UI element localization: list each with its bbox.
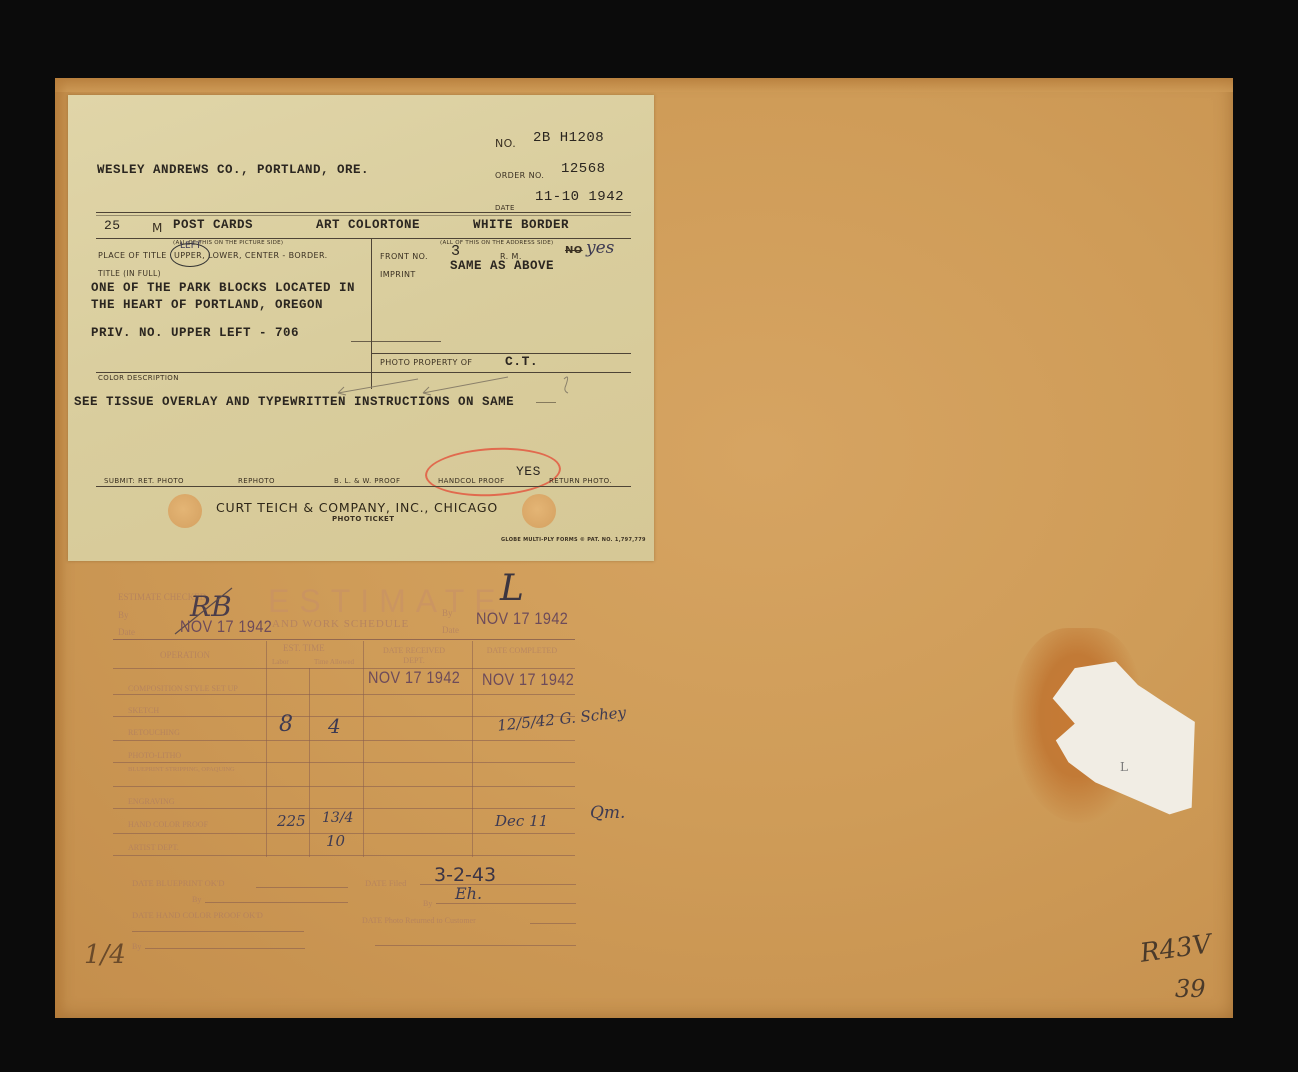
hand-color-initials: Qm. [590, 803, 625, 823]
date-filed-by: Eh. [455, 884, 482, 903]
row-operation: SKETCH [128, 706, 159, 715]
row-operation: RETOUCHING [128, 728, 180, 737]
quantity-unit: M [152, 221, 163, 235]
row-completed: Dec 11 [495, 812, 548, 830]
row-operation: HAND COLOR PROOF [128, 820, 208, 829]
date-blueprint-label: DATE BLUEPRINT OK'D [132, 878, 225, 888]
place-of-title-label: PLACE OF TITLE [98, 251, 167, 260]
form-name: PHOTO TICKET [332, 515, 394, 523]
date-filed-value: 3-2-43 [434, 864, 496, 886]
catalog-mark-line-2: 39 [1175, 975, 1206, 1003]
order-no-label: ORDER NO. [495, 171, 544, 180]
color-description-label: COLOR DESCRIPTION [98, 374, 179, 382]
by-label: By [423, 899, 432, 908]
submit-option: HANDCOL PROOF [438, 477, 505, 485]
submit-label: SUBMIT: [104, 477, 135, 485]
submit-option: RET. PHOTO [138, 477, 184, 485]
date-photo-returned-label: DATE Photo Returned to Customer [362, 916, 476, 925]
submit-option: B. L. & W. PROOF [334, 477, 400, 485]
row-completed: NOV 17 1942 [482, 670, 574, 690]
rm-handwritten-yes: yes [586, 238, 614, 258]
estimate-title: ESTIMATE [268, 583, 506, 620]
envelope-edge [55, 78, 67, 1018]
right-initials: L [500, 568, 524, 609]
by-label: By [132, 942, 141, 951]
punch-hole [522, 494, 556, 528]
no-label: NO. [495, 137, 516, 150]
row-est-time: 10 [326, 832, 345, 850]
row-est-time: 13/4 [322, 810, 353, 826]
submit-option: REPHOTO [238, 477, 275, 485]
row-operation: ARTIST DEPT. [128, 843, 179, 852]
by-label: By [192, 895, 201, 904]
handcol-proof-value: YES [516, 464, 541, 479]
tear-mark: L [1120, 760, 1128, 774]
punch-hole [168, 494, 202, 528]
submit-option: RETURN PHOTO. [549, 477, 612, 485]
photo-ticket: NO. 2B H1208 WESLEY ANDREWS CO., PORTLAN… [68, 95, 654, 561]
quantity: 25 [104, 218, 121, 233]
imprint-value: SAME AS ABOVE [450, 259, 554, 273]
product: POST CARDS [173, 218, 253, 232]
color-description-value: SEE TISSUE OVERLAY AND TYPEWRITTEN INSTR… [74, 395, 514, 409]
estimate-subtitle: AND WORK SCHEDULE [272, 618, 409, 630]
date-label: DATE [495, 204, 515, 212]
order-date: 11-10 1942 [535, 189, 624, 205]
right-date-stamp: NOV 17 1942 [476, 609, 568, 629]
photo-property-value: C.T. [505, 354, 538, 369]
row-operation: COMPOSITION STYLE SET UP [128, 684, 238, 693]
row-est-labor: 225 [277, 812, 306, 830]
row-operation: ENGRAVING [128, 797, 175, 806]
title-label: TITLE (IN FULL) [98, 269, 161, 278]
handwritten-left: LEFT [180, 241, 201, 251]
row-operation: PHOTO-LITHO [128, 751, 181, 760]
column-header: DATE COMPLETED [480, 646, 564, 656]
column-header: DATE RECEIVED DEPT. [372, 646, 456, 666]
date-hand-color-label: DATE HAND COLOR PROOF OK'D [132, 910, 263, 920]
front-number: 3 [451, 243, 461, 260]
envelope-edge [55, 78, 1233, 92]
rm-struck-no: NO [565, 245, 583, 256]
imprint-label: IMPRINT [380, 270, 416, 279]
column-header: EST. TIME [283, 643, 325, 653]
date-label: Date [118, 627, 135, 637]
row-est-time: 4 [328, 714, 341, 738]
customer-name: WESLEY ANDREWS CO., PORTLAND, ORE. [97, 163, 369, 177]
row-received: NOV 17 1942 [368, 668, 460, 688]
private-number: PRIV. NO. UPPER LEFT - 706 [91, 326, 299, 340]
row-operation: BLUEPRINT STRIPPING, OPAQUING [128, 766, 258, 774]
order-number: 12568 [561, 161, 606, 177]
left-date-stamp: NOV 17 1942 [180, 617, 272, 637]
company-name: CURT TEICH & COMPANY, INC., CHICAGO [216, 500, 498, 515]
by-label: By [442, 608, 453, 618]
column-subheader: Labor [272, 658, 289, 666]
date-filed-label: DATE Filed [365, 878, 406, 888]
column-header: OPERATION [160, 650, 210, 660]
ticket-number: 2B H1208 [533, 130, 604, 146]
process: ART COLORTONE [316, 218, 420, 232]
border-type: WHITE BORDER [473, 218, 569, 232]
left-margin-note: 1/4 [84, 940, 126, 970]
front-no-label: FRONT NO. [380, 252, 428, 261]
date-label: Date [442, 625, 459, 635]
row-est-labor: 8 [279, 712, 293, 737]
red-circle-annotation [424, 444, 562, 499]
column-subheader: Time Allowed [314, 658, 354, 666]
photo-property-label: PHOTO PROPERTY OF [380, 358, 472, 367]
footer-print: GLOBE MULTI-PLY FORMS © PAT. NO. 1,797,7… [501, 537, 646, 543]
by-label: By [118, 610, 129, 620]
title-line-2: THE HEART OF PORTLAND, OREGON [91, 298, 323, 312]
title-line-1: ONE OF THE PARK BLOCKS LOCATED IN [91, 281, 355, 295]
